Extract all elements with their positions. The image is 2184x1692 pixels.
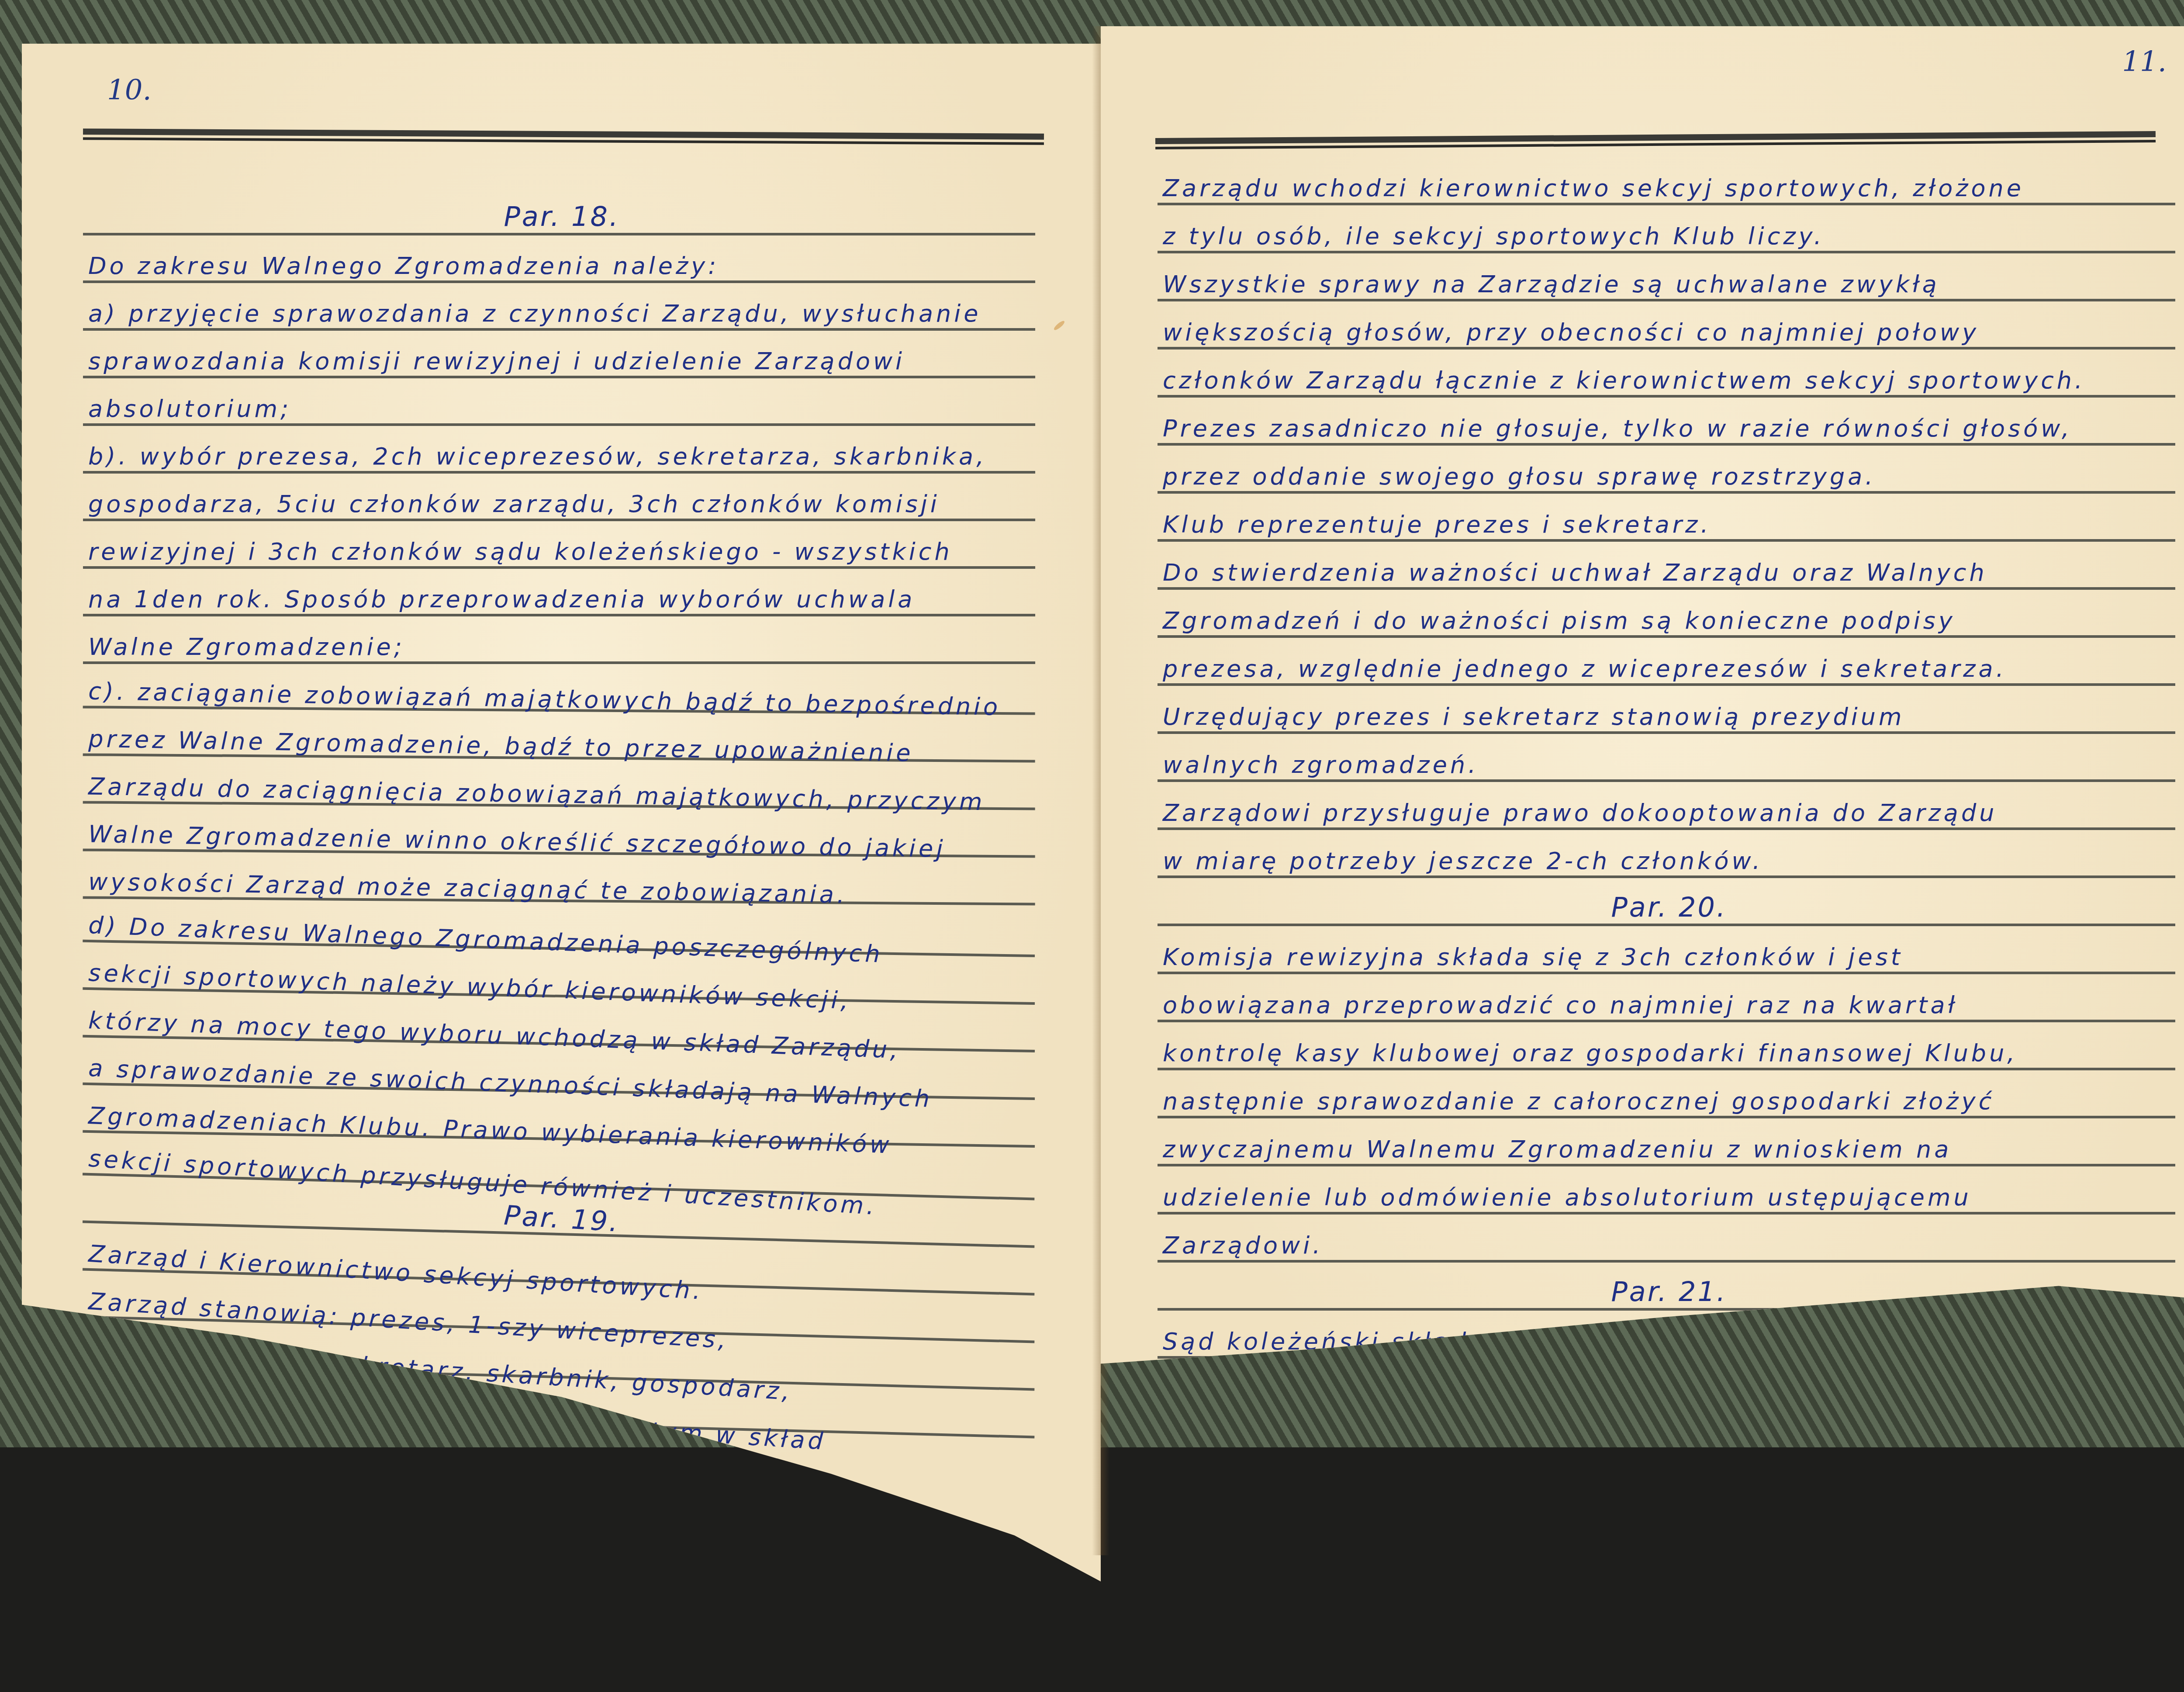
ruled-line: kontrolę kasy klubowej oraz gospodarki f… bbox=[1158, 1022, 2175, 1070]
handwritten-line: Do zakresu Walnego Zgromadzenia należy: bbox=[88, 254, 719, 278]
ruled-line: rewizyjnej i 3ch członków sądu koleżeńsk… bbox=[83, 521, 1035, 569]
ruled-line: Urzędujący prezes i sekretarz stanowią p… bbox=[1158, 686, 2175, 734]
left-page-lines: Par. 18. Do zakresu Walnego Zgromadzenia… bbox=[83, 188, 1035, 1426]
ruled-line: Zarządowi. bbox=[1158, 1215, 2175, 1263]
handwritten-line: b). wybór prezesa, 2ch wiceprezesów, sek… bbox=[88, 445, 987, 468]
handwritten-line: Walne Zgromadzenie; bbox=[88, 635, 405, 659]
ruled-line: w miarę potrzeby jeszcze 2-ch członków. bbox=[1158, 830, 2175, 878]
ruled-line: a) przyjęcie sprawozdania z czynności Za… bbox=[83, 283, 1035, 331]
handwritten-line: Zarządu wchodzi kierownictwo sekcyj spor… bbox=[1163, 176, 2024, 200]
ruled-line: przez oddanie swojego głosu sprawę rozst… bbox=[1158, 446, 2175, 494]
ruled-line: Komisja rewizyjna składa się z 3ch człon… bbox=[1158, 926, 2175, 974]
paper-stain bbox=[1053, 320, 1065, 332]
header-double-rule bbox=[83, 128, 1044, 145]
handwritten-line: Do stwierdzenia ważności uchwał Zarządu … bbox=[1163, 561, 1987, 585]
ruled-line: c). zaciąganie zobowiązań majątkowych bą… bbox=[83, 661, 1036, 715]
handwritten-line: Klub reprezentuje prezes i sekretarz. bbox=[1163, 513, 1711, 536]
ruled-line: Do zakresu Walnego Zgromadzenia należy: bbox=[83, 235, 1035, 283]
handwritten-line: Wszystkie sprawy na Zarządzie są uchwala… bbox=[1163, 273, 1940, 296]
handwritten-line: kontrolę kasy klubowej oraz gospodarki f… bbox=[1163, 1041, 2018, 1065]
ruled-line: Zarządowi przysługuje prawo dokooptowani… bbox=[1158, 782, 2175, 830]
handwritten-line: większością głosów, przy obecności co na… bbox=[1163, 321, 1979, 344]
handwritten-line: udzielenie lub odmówienie absolutorium u… bbox=[1163, 1186, 1972, 1209]
handwritten-line: Prezes zasadniczo nie głosuje, tylko w r… bbox=[1163, 417, 2072, 440]
ruled-line: gospodarza, 5ciu członków zarządu, 3ch c… bbox=[83, 474, 1035, 521]
handwritten-line: Urzędujący prezes i sekretarz stanowią p… bbox=[1163, 705, 1905, 729]
ruled-line: większością głosów, przy obecności co na… bbox=[1158, 301, 2175, 349]
ruled-line: udzielenie lub odmówienie absolutorium u… bbox=[1158, 1166, 2175, 1215]
ruled-line: walnych zgromadzeń. bbox=[1158, 734, 2175, 782]
handwritten-line: Par. 21. bbox=[1611, 1278, 1727, 1305]
page-number: 10. bbox=[107, 74, 152, 107]
handwritten-line: sprawozdania komisji rewizyjnej i udziel… bbox=[88, 349, 905, 373]
handwritten-line: w miarę potrzeby jeszcze 2-ch członków. bbox=[1163, 849, 1763, 873]
page-number: 11. bbox=[2122, 46, 2167, 78]
ruled-line: zwyczajnemu Walnemu Zgromadzeniu z wnios… bbox=[1158, 1118, 2175, 1166]
ruled-line: przez Walne Zgromadzenie, bądź to przez … bbox=[83, 708, 1036, 762]
handwritten-line: Zarządowi. bbox=[1163, 1234, 1323, 1257]
paragraph-heading: Par. 18. bbox=[83, 188, 1035, 235]
handwritten-line: Par. 18. bbox=[504, 203, 619, 230]
handwritten-line: na 1den rok. Sposób przeprowadzenia wybo… bbox=[88, 588, 915, 611]
ruled-line: Prezes zasadniczo nie głosuje, tylko w r… bbox=[1158, 398, 2175, 446]
handwritten-line: obowiązana przeprowadzić co najmniej raz… bbox=[1163, 993, 1958, 1017]
ruled-line: obowiązana przeprowadzić co najmniej raz… bbox=[1158, 974, 2175, 1022]
handwritten-line: Zarządowi przysługuje prawo dokooptowani… bbox=[1163, 801, 1997, 825]
ruled-line: Walne Zgromadzenie winno określić szczeg… bbox=[83, 803, 1036, 858]
handwritten-line: z tylu osób, ile sekcyj sportowych Klub … bbox=[1163, 225, 1825, 248]
handwritten-line: absolutorium; bbox=[88, 397, 291, 421]
ruled-line: b). wybór prezesa, 2ch wiceprezesów, sek… bbox=[83, 426, 1035, 474]
handwritten-line: walnych zgromadzeń. bbox=[1163, 753, 1479, 777]
right-page-lines: Zarządu wchodzi kierownictwo sekcyj spor… bbox=[1158, 157, 2175, 1407]
handwritten-line: zwyczajnemu Walnemu Zgromadzeniu z wnios… bbox=[1163, 1138, 1952, 1161]
handwritten-line: Zgromadzeń i do ważności pism są koniecz… bbox=[1163, 609, 1956, 633]
handwritten-line: członków Zarządu łącznie z kierownictwem… bbox=[1163, 369, 2085, 392]
ruled-line: Zgromadzeń i do ważności pism są koniecz… bbox=[1158, 590, 2175, 638]
ruled-line: sprawozdania komisji rewizyjnej i udziel… bbox=[83, 331, 1035, 378]
ruled-line: Wszystkie sprawy na Zarządzie są uchwala… bbox=[1158, 253, 2175, 301]
ruled-line: członków Zarządu łącznie z kierownictwem… bbox=[1158, 349, 2175, 398]
ruled-line: na 1den rok. Sposób przeprowadzenia wybo… bbox=[83, 569, 1035, 616]
handwritten-line: Par. 19. bbox=[503, 1202, 620, 1236]
ruled-line: Do stwierdzenia ważności uchwał Zarządu … bbox=[1158, 542, 2175, 590]
paragraph-heading: Par. 20. bbox=[1158, 878, 2175, 926]
handwritten-line: gospodarza, 5ciu członków zarządu, 3ch c… bbox=[88, 492, 940, 516]
handwritten-line: Par. 20. bbox=[1611, 894, 1727, 921]
handwritten-line: następnie sprawozdanie z całorocznej gos… bbox=[1163, 1090, 1994, 1113]
ruled-line: Zarządu do zaciągnięcia zobowiązań mająt… bbox=[83, 756, 1036, 810]
header-double-rule bbox=[1155, 131, 2156, 149]
ruled-line: prezesa, względnie jednego z wiceprezesó… bbox=[1158, 638, 2175, 686]
ruled-line: Klub reprezentuje prezes i sekretarz. bbox=[1158, 494, 2175, 542]
ruled-line: absolutorium; bbox=[83, 378, 1035, 426]
ruled-line: z tylu osób, ile sekcyj sportowych Klub … bbox=[1158, 205, 2175, 253]
handwritten-line: rewizyjnej i 3ch członków sądu koleżeńsk… bbox=[88, 540, 953, 564]
handwritten-line: przez oddanie swojego głosu sprawę rozst… bbox=[1163, 465, 1876, 488]
ruled-line: następnie sprawozdanie z całorocznej gos… bbox=[1158, 1070, 2175, 1118]
handwritten-line: a) przyjęcie sprawozdania z czynności Za… bbox=[88, 302, 981, 325]
handwritten-line: prezesa, względnie jednego z wiceprezesó… bbox=[1163, 657, 2007, 681]
ruled-line: Walne Zgromadzenie; bbox=[83, 616, 1035, 664]
ruled-line: Zarządu wchodzi kierownictwo sekcyj spor… bbox=[1158, 157, 2175, 205]
handwritten-line: Komisja rewizyjna składa się z 3ch człon… bbox=[1163, 945, 1903, 969]
